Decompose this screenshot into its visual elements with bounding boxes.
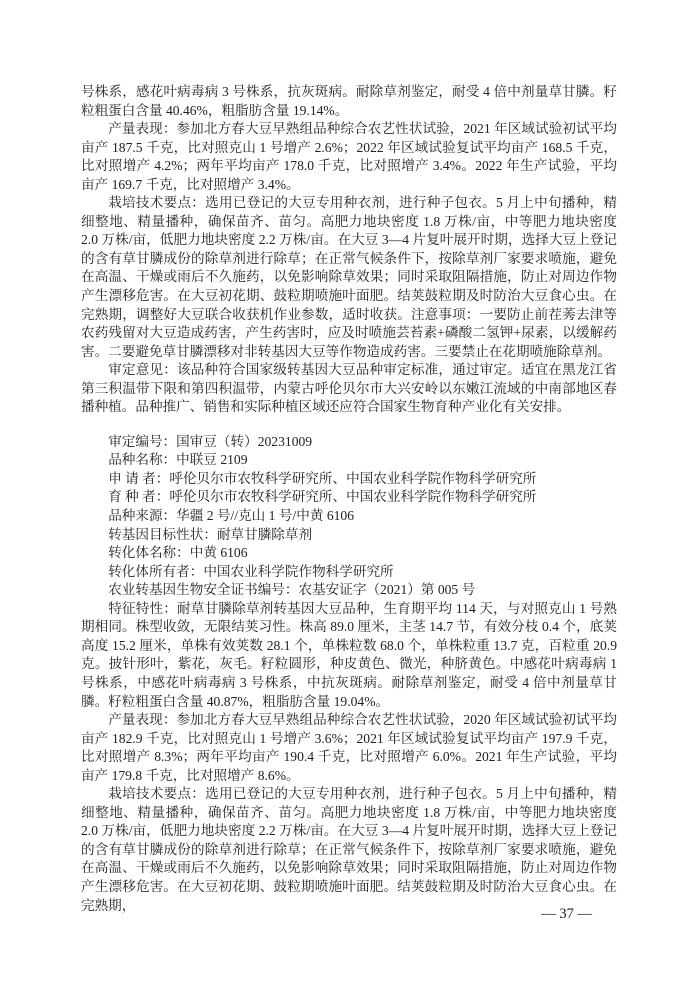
paragraph-characteristics: 特征特性：耐草甘膦除草剂转基因大豆品种，生育期平均 114 天，与对照克山 1 … [81,600,617,711]
section-gap [81,417,617,433]
field-label: 申 请 者： [108,471,169,486]
field-row-transformation-event-name: 转化体名称：中黄 6106 [81,544,617,563]
paragraph-yield-performance-1: 产量表现：参加北方春大豆早熟组品种综合农艺性状试验，2021 年区域试验初试平均… [81,120,617,194]
field-label: 品种名称： [108,452,176,467]
field-label: 审定编号： [108,434,176,449]
paragraph-cultivation-points-2: 栽培技术要点：选用已登记的大豆专用种衣剂，进行种子包衣。5 月上中旬播种，精细整… [81,785,617,915]
field-label: 农业转基因生物安全证书编号： [108,582,298,597]
field-value: 华疆 2 号//克山 1 号/中黄 6106 [176,508,354,523]
field-value: 国审豆（转）20231009 [176,434,312,449]
field-value: 中国农业科学院作物科学研究所 [203,564,393,579]
document-page: 号株系，感花叶病毒病 3 号株系，抗灰斑病。耐除草剂鉴定，耐受 4 倍中剂量草甘… [0,0,700,990]
field-row-breeder: 育 种 者：呼伦贝尔市农牧科学研究所、中国农业科学院作物科学研究所 [81,488,617,507]
page-body: 号株系，感花叶病毒病 3 号株系，抗灰斑病。耐除草剂鉴定，耐受 4 倍中剂量草甘… [81,83,617,915]
field-label: 转基因目标性状： [108,527,217,542]
field-row-transformation-event-owner: 转化体所有者：中国农业科学院作物科学研究所 [81,563,617,582]
field-label: 品种来源： [108,508,176,523]
field-row-gm-target-trait: 转基因目标性状：耐草甘膦除草剂 [81,526,617,545]
field-row-approval-number: 审定编号：国审豆（转）20231009 [81,433,617,452]
paragraph-cultivation-points-1: 栽培技术要点：选用已登记的大豆专用种衣剂，进行种子包衣。5 月上中旬播种，精细整… [81,194,617,361]
field-row-variety-name: 品种名称：中联豆 2109 [81,451,617,470]
field-label: 转化体所有者： [108,564,203,579]
paragraph-disease-traits-continued: 号株系，感花叶病毒病 3 号株系，抗灰斑病。耐除草剂鉴定，耐受 4 倍中剂量草甘… [81,83,617,120]
field-value: 耐草甘膦除草剂 [217,527,312,542]
field-row-variety-origin: 品种来源：华疆 2 号//克山 1 号/中黄 6106 [81,507,617,526]
field-value: 中黄 6106 [190,545,248,560]
field-label: 转化体名称： [108,545,190,560]
paragraph-yield-performance-2: 产量表现：参加北方春大豆早熟组品种综合农艺性状试验，2020 年区域试验初试平均… [81,711,617,785]
field-value: 呼伦贝尔市农牧科学研究所、中国农业科学院作物科学研究所 [169,471,536,486]
paragraph-approval-opinion: 审定意见：该品种符合国家级转基因大豆品种审定标准，通过审定。适宜在黑龙江省第三积… [81,361,617,417]
field-row-biosafety-certificate-number: 农业转基因生物安全证书编号：农基安证字（2021）第 005 号 [81,581,617,600]
field-label: 育 种 者： [108,489,169,504]
field-value: 呼伦贝尔市农牧科学研究所、中国农业科学院作物科学研究所 [169,489,536,504]
field-row-applicant: 申 请 者：呼伦贝尔市农牧科学研究所、中国农业科学院作物科学研究所 [81,470,617,489]
page-number: — 37 — [0,904,592,924]
field-value: 农基安证字（2021）第 005 号 [299,582,476,597]
field-value: 中联豆 2109 [176,452,247,467]
